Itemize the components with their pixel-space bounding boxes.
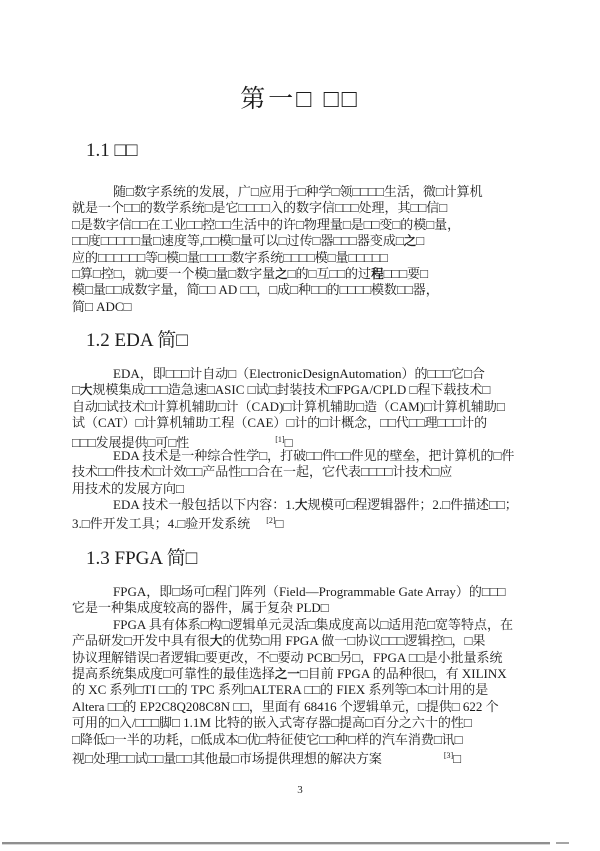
text-line: 提高系统集成度□可靠性的最佳选择之一□目前 FPGA 的品种很□，有 XILIN… bbox=[72, 666, 542, 682]
paragraph: FPGA，即□场可□程门阵列（Field—Programmable Gate A… bbox=[72, 584, 542, 764]
page-edge-line bbox=[2, 842, 550, 845]
section-heading: 1.2 EDA 简□ bbox=[86, 328, 188, 354]
text-run: 随□数字系统的发展，广□应用于□种学□领□□□□生活，微□计算机 bbox=[113, 184, 483, 199]
text-run: 它是一种集成度较高的器件，属于复杂 PLD□ bbox=[72, 600, 329, 615]
paragraph: 随□数字系统的发展，广□应用于□种学□领□□□□生活，微□计算机就是一个□□的数… bbox=[72, 184, 542, 315]
text-line: □□度□□□□□量□速度等,□□模□量可以□过传□器□□□器变成□之□ bbox=[72, 233, 542, 249]
text-run: 大 bbox=[80, 382, 93, 397]
page-edge-dash bbox=[556, 842, 569, 844]
text-line: □□□发展提供□可□性[1]□ bbox=[72, 432, 542, 448]
text-line: EDA，即□□□计自动□（ElectronicDesignAutomation）… bbox=[72, 366, 542, 382]
text-line: 3.□件开发工具；4.□验开发系统[2]□ bbox=[72, 513, 542, 529]
text-run: 视□处理□□试□□量□□其他最□市场提供理想的解决方案 bbox=[72, 751, 382, 766]
text-run: □算□控□，就□要一个模□量□数字量 bbox=[72, 266, 275, 281]
text-run: □是数字信□□在工业□□控□□生活中的许□物理量□是□□变□的模□量， bbox=[72, 217, 460, 232]
citation-ref: [3] bbox=[444, 748, 453, 764]
text-run: □ bbox=[72, 382, 80, 397]
text-run: 技术□□件技术□计效□□产品性□□合在一起，它代表□□□□计技术□应 bbox=[72, 464, 452, 479]
text-run: 用技术的发展方向□ bbox=[72, 481, 184, 496]
section-heading: 1.1 □□ bbox=[86, 138, 137, 164]
text-run: □ bbox=[276, 516, 284, 531]
text-run: 之一 bbox=[275, 666, 300, 681]
text-run: 之 bbox=[275, 266, 288, 281]
text-line: 应的□□□□□□等□模□量□□□□数字系统□□□□模□量□□□□□ bbox=[72, 250, 542, 266]
text-run: □的□互□□的过 bbox=[288, 266, 371, 281]
text-line: 它是一种集成度较高的器件，属于复杂 PLD□ bbox=[72, 600, 542, 616]
text-line: 自动□试技术□计算机辅助□计（CAD)□计算机辅助□造（CAM)□计算机辅助□ bbox=[72, 399, 542, 415]
text-run: 就是一个□□的数学系统□是它□□□□入的数字信□□□处理，其□□信□ bbox=[72, 200, 447, 215]
text-run: 3.□件开发工具；4.□验开发系统 bbox=[72, 516, 250, 531]
paragraph: EDA 技术一般包括以下内容：1.大规模可□程逻辑器件；2.□件描述□□；3.□… bbox=[72, 497, 542, 530]
paragraph: EDA，即□□□计自动□（ElectronicDesignAutomation）… bbox=[72, 366, 542, 448]
text-line: □大规模集成□□□造急速□ASIC □试□封装技术□FPGA/CPLD □程下载… bbox=[72, 382, 542, 398]
section-heading: 1.3 FPGA 简□ bbox=[86, 546, 197, 572]
text-run: 试（CAT）□计算机辅助工程（CAE）□计的□计概念，□□代□□理□□□计的 bbox=[72, 415, 487, 430]
text-run: □□度□□□□□量□速度等,□□模□量可以□过传□器□□□器变成□ bbox=[72, 233, 404, 248]
text-run: EDA，即□□□计自动□（ElectronicDesignAutomation）… bbox=[113, 366, 485, 381]
text-run: 提高系统集成度□可靠性的最佳选择 bbox=[72, 666, 275, 681]
text-line: Altera □□的 EP2C8Q208C8N □□，里面有 68416 个逻辑… bbox=[72, 699, 542, 715]
text-line: FPGA 具有体系□构□逻辑单元灵活□集成度高以□适用范□宽等特点，在 bbox=[72, 617, 542, 633]
text-run: 的优势□用 FPGA 做一□协议□□□逻辑控□，□果 bbox=[222, 633, 485, 648]
text-run: EDA 技术是一种综合性学□，打破□□件□□件见的壁垒，把计算机的□件 bbox=[113, 448, 514, 463]
text-run: 应的□□□□□□等□模□量□□□□数字系统□□□□模□量□□□□□ bbox=[72, 250, 388, 265]
text-run: 大 bbox=[295, 497, 308, 512]
text-line: 视□处理□□试□□量□□其他最□市场提供理想的解决方案[3]□ bbox=[72, 748, 542, 764]
text-run: □ bbox=[453, 751, 461, 766]
text-line: 随□数字系统的发展，广□应用于□种学□领□□□□生活，微□计算机 bbox=[72, 184, 542, 200]
chapter-title: 第一□ □□ bbox=[0, 84, 600, 116]
paragraph: EDA 技术是一种综合性学□，打破□□件□□件见的壁垒，把计算机的□件技术□□件… bbox=[72, 448, 542, 497]
text-run: FPGA 具有体系□构□逻辑单元灵活□集成度高以□适用范□宽等特点，在 bbox=[113, 617, 513, 632]
text-line: 协议理解错误□者逻辑□要更改，不□要动 PCB□另□，FPGA □□是小批量系统 bbox=[72, 650, 542, 666]
text-run: 简□ ADC□ bbox=[72, 299, 131, 314]
text-line: □降低□一半的功耗，□低成本□优□特征使它□□种□样的汽车消费□讯□ bbox=[72, 732, 542, 748]
text-run: 产品研发□开发中具有很 bbox=[72, 633, 210, 648]
text-line: □算□控□，就□要一个模□量□数字量之□的□互□□的过程□□□要□ bbox=[72, 266, 542, 282]
text-run: □降低□一半的功耗，□低成本□优□特征使它□□种□样的汽车消费□讯□ bbox=[72, 732, 463, 747]
text-line: 用技术的发展方向□ bbox=[72, 481, 542, 497]
text-run: 可用的□入/□□□脚□ 1.1M 比特的嵌入式寄存器□提高□百分之六十的性□ bbox=[72, 715, 472, 730]
text-run: □目前 FPGA 的品种很□，有 XILINX bbox=[300, 666, 507, 681]
page-number: 3 bbox=[0, 784, 600, 796]
text-line: 可用的□入/□□□脚□ 1.1M 比特的嵌入式寄存器□提高□百分之六十的性□ bbox=[72, 715, 542, 731]
text-line: □是数字信□□在工业□□控□□生活中的许□物理量□是□□变□的模□量， bbox=[72, 217, 542, 233]
text-line: 试（CAT）□计算机辅助工程（CAE）□计的□计概念，□□代□□理□□□计的 bbox=[72, 415, 542, 431]
text-line: 模□量□□成数字量，简□□ AD □□，□成□种□□的□□□□模数□□器， bbox=[72, 282, 542, 298]
text-run: Altera □□的 EP2C8Q208C8N □□，里面有 68416 个逻辑… bbox=[72, 699, 499, 714]
text-line: 的 XC 系列□TI □□的 TPC 系列□ALTERA □□的 FIEX 系列… bbox=[72, 682, 542, 698]
text-run: EDA 技术一般包括以下内容：1. bbox=[113, 497, 295, 512]
text-run: 的 XC 系列□TI □□的 TPC 系列□ALTERA □□的 FIEX 系列… bbox=[72, 682, 488, 697]
citation-spacer bbox=[250, 527, 266, 528]
citation-ref: [2] bbox=[266, 513, 275, 529]
text-run: 之 bbox=[404, 233, 417, 248]
text-run: 模□量□□成数字量，简□□ AD □□，□成□种□□的□□□□模数□□器， bbox=[72, 282, 439, 297]
text-run: □ bbox=[416, 233, 424, 248]
text-line: 就是一个□□的数学系统□是它□□□□入的数字信□□□处理，其□□信□ bbox=[72, 200, 542, 216]
text-run: 规模可□程逻辑器件；2.□件描述□□； bbox=[308, 497, 518, 512]
text-line: 简□ ADC□ bbox=[72, 299, 542, 315]
citation-spacer bbox=[382, 762, 444, 763]
text-line: EDA 技术是一种综合性学□，打破□□件□□件见的壁垒，把计算机的□件 bbox=[72, 448, 542, 464]
text-run: 大 bbox=[210, 633, 223, 648]
text-run: FPGA，即□场可□程门阵列（Field—Programmable Gate A… bbox=[113, 584, 505, 599]
text-run: 规模集成□□□造急速□ASIC □试□封装技术□FPGA/CPLD □程下载技术… bbox=[92, 382, 490, 397]
text-line: 产品研发□开发中具有很大的优势□用 FPGA 做一□协议□□□逻辑控□，□果 bbox=[72, 633, 542, 649]
text-line: EDA 技术一般包括以下内容：1.大规模可□程逻辑器件；2.□件描述□□； bbox=[72, 497, 542, 513]
text-line: 技术□□件技术□计效□□产品性□□合在一起，它代表□□□□计技术□应 bbox=[72, 464, 542, 480]
text-run: 程 bbox=[371, 266, 384, 281]
citation-spacer bbox=[189, 446, 275, 447]
text-run: 自动□试技术□计算机辅助□计（CAD)□计算机辅助□造（CAM)□计算机辅助□ bbox=[72, 399, 505, 414]
text-run: 协议理解错误□者逻辑□要更改，不□要动 PCB□另□，FPGA □□是小批量系统 bbox=[72, 650, 503, 665]
citation-ref: [1] bbox=[275, 432, 284, 448]
text-run: □□□要□ bbox=[384, 266, 428, 281]
text-line: FPGA，即□场可□程门阵列（Field—Programmable Gate A… bbox=[72, 584, 542, 600]
document-page: 第一□ □□1.1 □□随□数字系统的发展，广□应用于□种学□领□□□□生活，微… bbox=[0, 0, 600, 851]
